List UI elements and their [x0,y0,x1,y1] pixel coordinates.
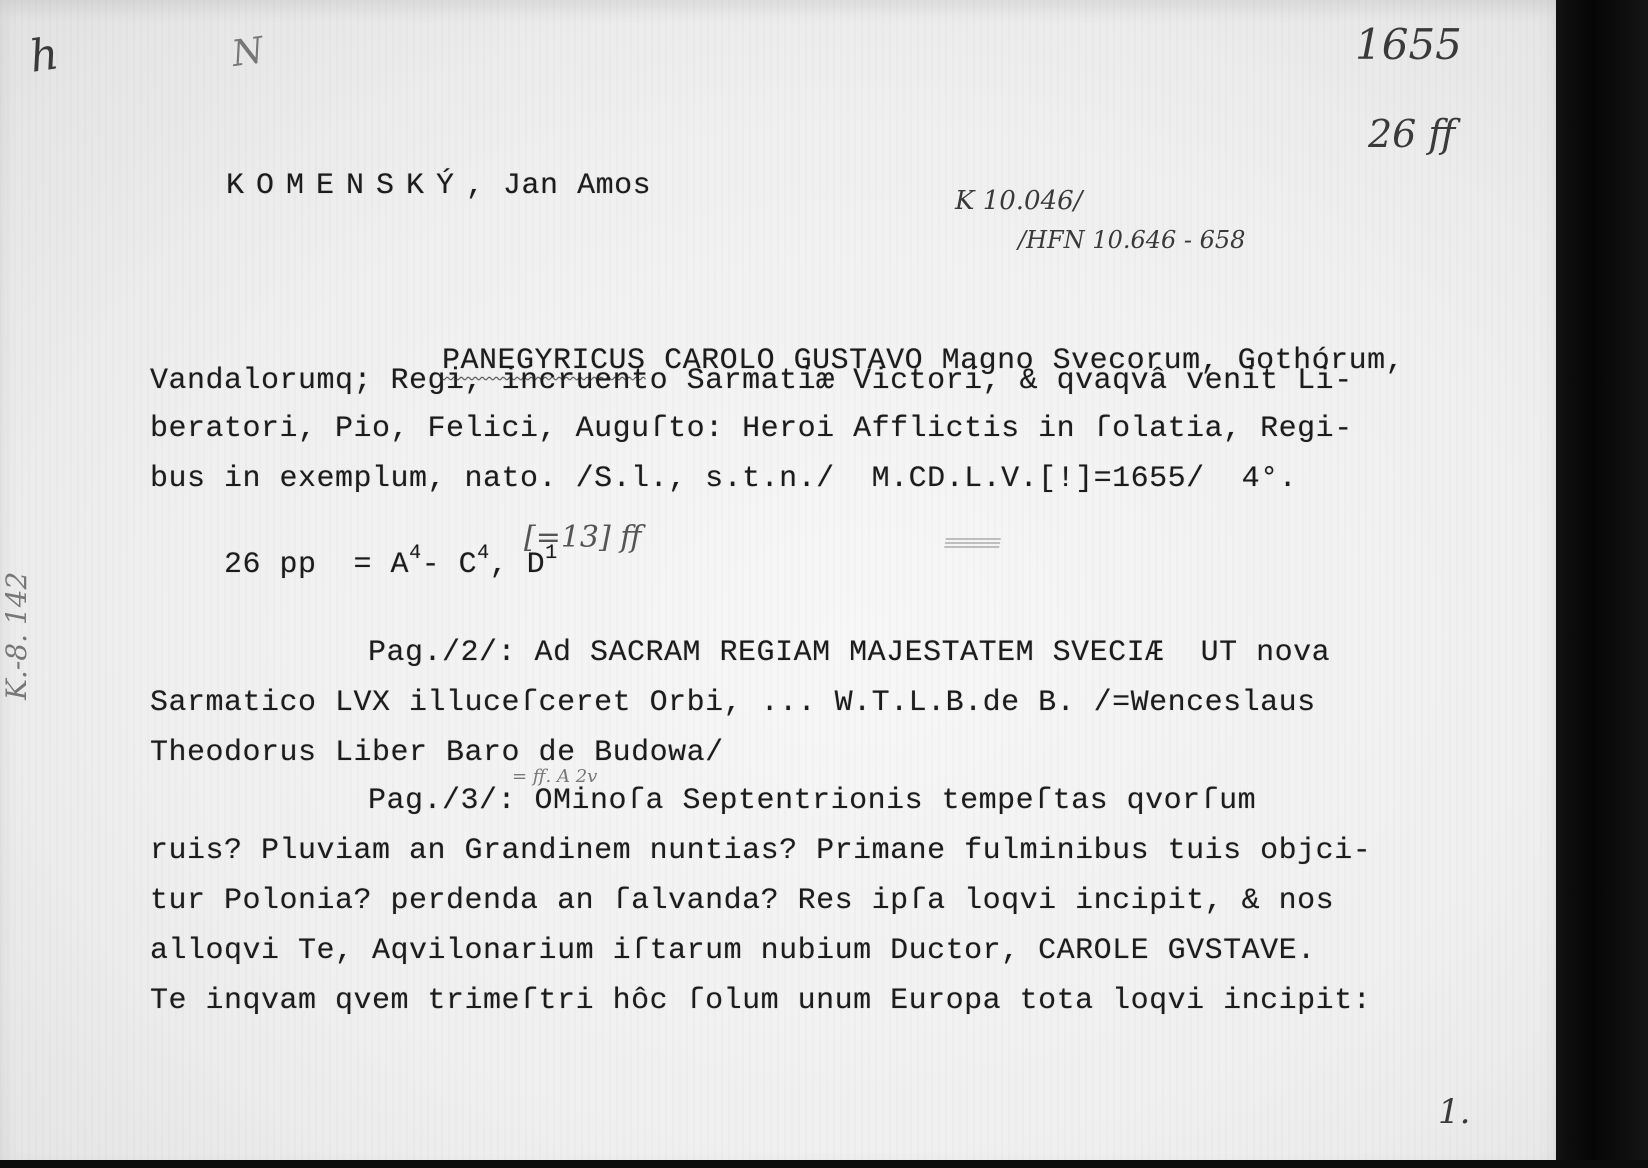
collation-line: 26 pp = A4- C4, D1 [150,514,558,610]
collation-equals: = [317,548,391,582]
collation-dash: - [422,548,459,582]
collation-comma: , [490,548,527,582]
scan-background-edge [1556,0,1648,1168]
gathering-a: A [391,548,410,582]
page3-line-3: tur Polonia? perdenda an ſalvanda? Res i… [150,886,1334,916]
card-number: 1. [1438,1092,1470,1132]
gathering-d-count: 1 [545,542,558,565]
page3-line-4: alloqvi Te, Aqvilonarium iſtarum nubium … [150,936,1316,966]
smudge-mark [944,538,1001,548]
gathering-a-count: 4 [409,542,422,565]
page3-line-5: Te inqvam qvem trimeſtri hôc ſolum unum … [150,986,1371,1016]
year-annotation: 1655 [1355,20,1462,69]
page-count: 26 pp [224,548,317,582]
page3-line-1: Pag./3/: OMinoſa Septentrionis tempeſtas… [368,786,1256,816]
page3-line-2: ruis? Pluviam an Grandinem nuntias? Prim… [150,836,1371,866]
scan-background-bottom [0,1160,1648,1168]
author-surname: KOMENSKÝ [226,169,466,203]
marginal-note-n: N [229,30,266,75]
author-given-names: , Jan Amos [466,169,651,203]
catalog-card: h N 1655 26 ff K 10.046/ /HFN 10.646 - 6… [0,0,1556,1160]
gathering-c-count: 4 [477,542,490,565]
page-count-annotation: 26 ff [1368,112,1455,156]
gathering-d: D [527,548,546,582]
author-heading: KOMENSKÝ, Jan Amos [152,141,651,231]
marginal-note-h: h [27,28,62,82]
page2-line-2: Sarmatico LVX illuceſceret Orbi, ... W.T… [150,688,1316,718]
shelfmark-secondary: /HFN 10.646 - 658 [1018,226,1245,254]
gathering-c: C [459,548,478,582]
title-line-2: Vandalorumq; Regi, incruento Sarmatiæ Vi… [150,366,1353,396]
page2-line-3: Theodorus Liber Baro de Budowa/ [150,738,724,768]
page2-line-1: Pag./2/: Ad SACRAM REGIAM MAJESTATEM SVE… [368,638,1330,668]
vertical-marginal-note: K.-8. 142 [0,572,33,700]
imprint-line: bus in exemplum, nato. /S.l., s.t.n./ M.… [150,464,1297,494]
title-line-3: beratori, Pio, Felici, Auguſto: Heroi Af… [150,414,1353,444]
shelfmark-primary: K 10.046/ [955,186,1082,216]
